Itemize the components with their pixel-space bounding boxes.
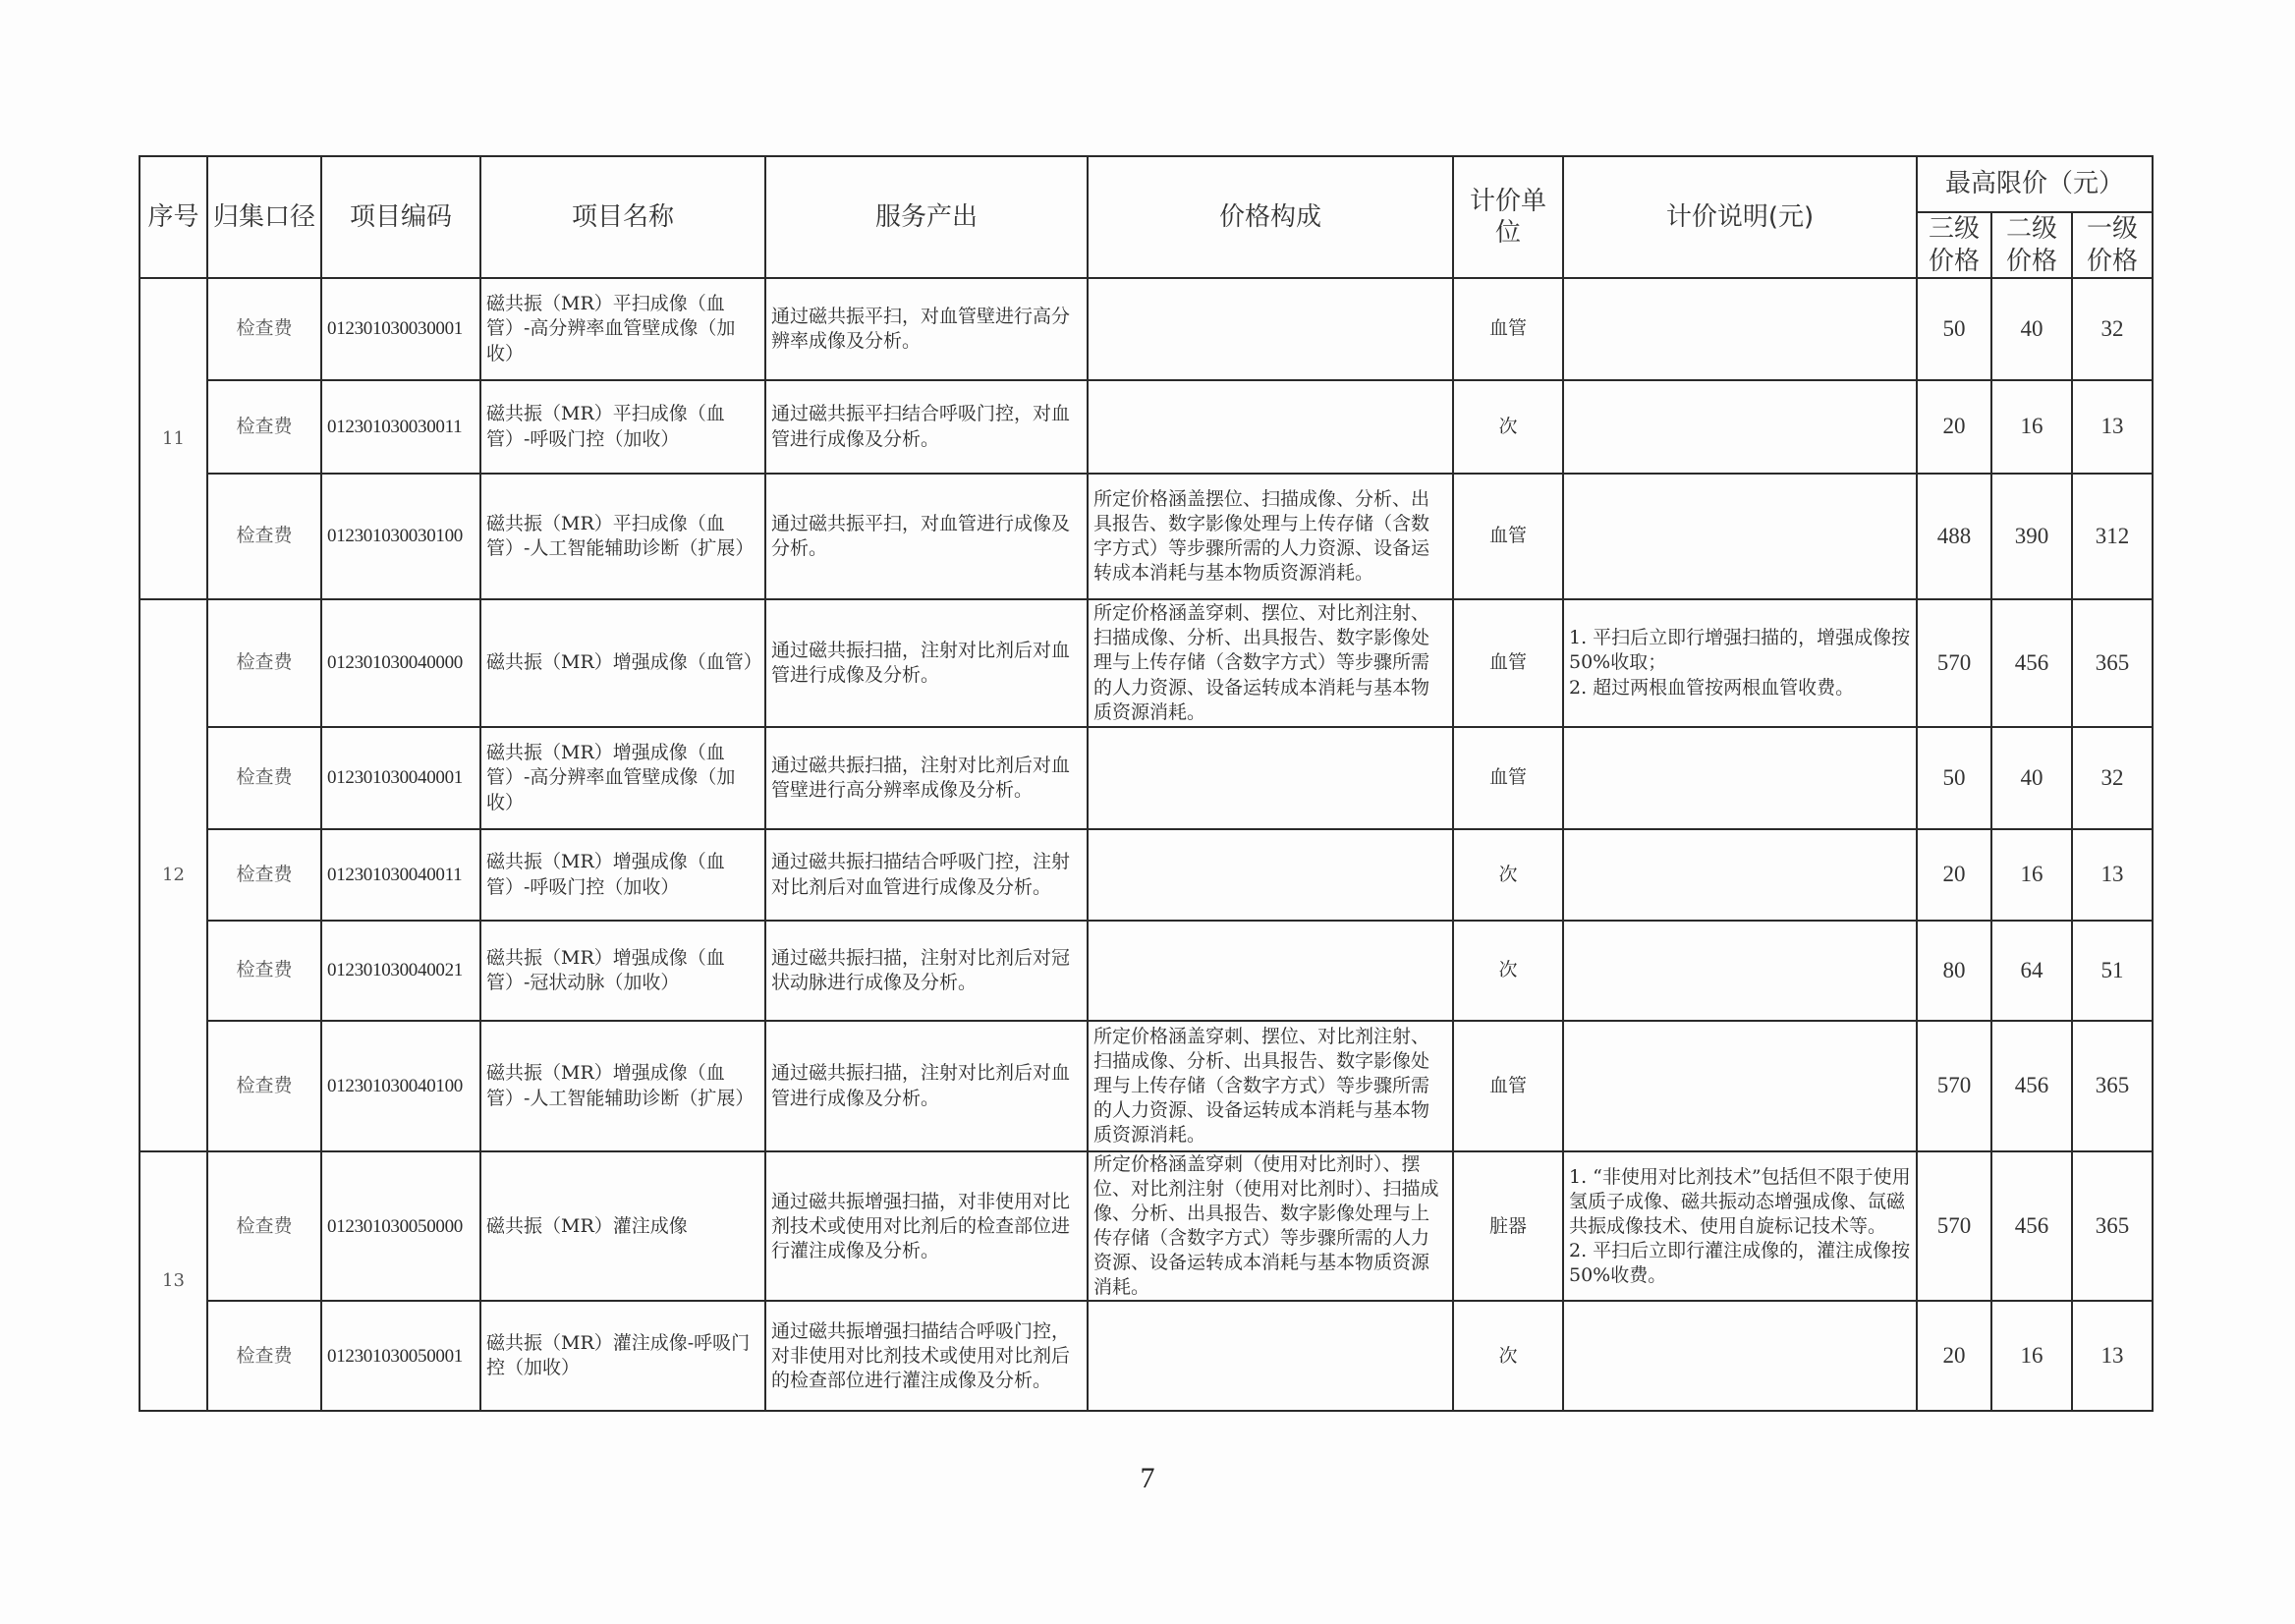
- cell-category: 检查费: [207, 1021, 321, 1151]
- cell-service: 通过磁共振增强扫描结合呼吸门控，对非使用对比剂技术或使用对比剂后的检查部位进行灌…: [765, 1301, 1088, 1411]
- cell-note: [1563, 727, 1917, 829]
- cell-service: 通过磁共振增强扫描，对非使用对比剂技术或使用对比剂后的检查部位进行灌注成像及分析…: [765, 1151, 1088, 1301]
- cell-note: [1563, 278, 1917, 380]
- cell-note: [1563, 474, 1917, 599]
- cell-service: 通过磁共振扫描，注射对比剂后对血管进行成像及分析。: [765, 1021, 1088, 1151]
- cell-unit: 血管: [1453, 278, 1563, 380]
- cell-category: 检查费: [207, 1151, 321, 1301]
- table-row: 检查费012301030040021磁共振（MR）增强成像（血管）-冠状动脉（加…: [140, 921, 2153, 1021]
- cell-service: 通过磁共振平扫，对血管壁进行高分辨率成像及分析。: [765, 278, 1088, 380]
- cell-name: 磁共振（MR）灌注成像-呼吸门控（加收）: [480, 1301, 765, 1411]
- cell-code: 012301030040000: [321, 599, 480, 727]
- cell-level1-price: 13: [2072, 1301, 2153, 1411]
- cell-level1-price: 32: [2072, 278, 2153, 380]
- cell-code: 012301030040021: [321, 921, 480, 1021]
- header-row: 序号 归集口径 项目编码 项目名称 服务产出 价格构成 计价单位 计价说明(元)…: [140, 156, 2153, 212]
- document-page: 序号 归集口径 项目编码 项目名称 服务产出 价格构成 计价单位 计价说明(元)…: [0, 0, 2295, 1624]
- cell-level3-price: 80: [1917, 921, 1991, 1021]
- cell-level1-price: 365: [2072, 599, 2153, 727]
- table-row: 检查费012301030040011磁共振（MR）增强成像（血管）-呼吸门控（加…: [140, 829, 2153, 921]
- cell-category: 检查费: [207, 599, 321, 727]
- table-row: 13检查费012301030050000磁共振（MR）灌注成像通过磁共振增强扫描…: [140, 1151, 2153, 1301]
- table-row: 检查费012301030030100磁共振（MR）平扫成像（血管）-人工智能辅助…: [140, 474, 2153, 599]
- cell-seq: 13: [140, 1151, 207, 1411]
- header-seq: 序号: [140, 156, 207, 278]
- cell-level2-price: 456: [1991, 1021, 2072, 1151]
- header-level1-price: 一级 价格: [2072, 212, 2153, 278]
- cell-service: 通过磁共振扫描，注射对比剂后对血管壁进行高分辨率成像及分析。: [765, 727, 1088, 829]
- cell-note: [1563, 921, 1917, 1021]
- cell-name: 磁共振（MR）增强成像（血管）-人工智能辅助诊断（扩展）: [480, 1021, 765, 1151]
- cell-service: 通过磁共振平扫结合呼吸门控，对血管进行成像及分析。: [765, 380, 1088, 474]
- cell-code: 012301030040100: [321, 1021, 480, 1151]
- cell-unit: 血管: [1453, 727, 1563, 829]
- cell-unit: 次: [1453, 921, 1563, 1021]
- cell-level2-price: 40: [1991, 727, 2072, 829]
- header-code: 项目编码: [321, 156, 480, 278]
- cell-level1-price: 365: [2072, 1021, 2153, 1151]
- cell-level3-price: 50: [1917, 727, 1991, 829]
- table-row: 检查费012301030050001磁共振（MR）灌注成像-呼吸门控（加收）通过…: [140, 1301, 2153, 1411]
- cell-level2-price: 64: [1991, 921, 2072, 1021]
- cell-level3-price: 20: [1917, 1301, 1991, 1411]
- cell-name: 磁共振（MR）增强成像（血管）-高分辨率血管壁成像（加收）: [480, 727, 765, 829]
- cell-code: 012301030040001: [321, 727, 480, 829]
- cell-level3-price: 570: [1917, 599, 1991, 727]
- table-row: 12检查费012301030040000磁共振（MR）增强成像（血管）通过磁共振…: [140, 599, 2153, 727]
- cell-level1-price: 51: [2072, 921, 2153, 1021]
- cell-note: 1. 平扫后立即行增强扫描的，增强成像按50%收取； 2. 超过两根血管按两根血…: [1563, 599, 1917, 727]
- page-number: 7: [0, 1462, 2295, 1495]
- cell-composition: 所定价格涵盖穿刺、摆位、对比剂注射、扫描成像、分析、出具报告、数字影像处理与上传…: [1088, 1021, 1453, 1151]
- cell-code: 012301030040011: [321, 829, 480, 921]
- cell-level1-price: 13: [2072, 829, 2153, 921]
- cell-level2-price: 390: [1991, 474, 2072, 599]
- cell-unit: 血管: [1453, 599, 1563, 727]
- cell-code: 012301030050000: [321, 1151, 480, 1301]
- table-row: 11检查费012301030030001磁共振（MR）平扫成像（血管）-高分辨率…: [140, 278, 2153, 380]
- cell-name: 磁共振（MR）增强成像（血管）-冠状动脉（加收）: [480, 921, 765, 1021]
- cell-unit: 次: [1453, 380, 1563, 474]
- cell-note: [1563, 1021, 1917, 1151]
- cell-level2-price: 456: [1991, 1151, 2072, 1301]
- cell-composition: 所定价格涵盖摆位、扫描成像、分析、出具报告、数字影像处理与上传存储（含数字方式）…: [1088, 474, 1453, 599]
- cell-level3-price: 570: [1917, 1151, 1991, 1301]
- cell-level2-price: 456: [1991, 599, 2072, 727]
- cell-level1-price: 312: [2072, 474, 2153, 599]
- cell-unit: 脏器: [1453, 1151, 1563, 1301]
- cell-category: 检查费: [207, 921, 321, 1021]
- cell-code: 012301030030011: [321, 380, 480, 474]
- cell-note: [1563, 380, 1917, 474]
- cell-composition: [1088, 829, 1453, 921]
- cell-name: 磁共振（MR）平扫成像（血管）-呼吸门控（加收）: [480, 380, 765, 474]
- cell-name: 磁共振（MR）平扫成像（血管）-人工智能辅助诊断（扩展）: [480, 474, 765, 599]
- cell-category: 检查费: [207, 474, 321, 599]
- header-category: 归集口径: [207, 156, 321, 278]
- cell-composition: [1088, 1301, 1453, 1411]
- header-note: 计价说明(元): [1563, 156, 1917, 278]
- cell-level2-price: 16: [1991, 829, 2072, 921]
- cell-note: [1563, 1301, 1917, 1411]
- cell-name: 磁共振（MR）增强成像（血管）-呼吸门控（加收）: [480, 829, 765, 921]
- cell-code: 012301030030100: [321, 474, 480, 599]
- table-row: 检查费012301030030011磁共振（MR）平扫成像（血管）-呼吸门控（加…: [140, 380, 2153, 474]
- cell-level3-price: 570: [1917, 1021, 1991, 1151]
- cell-level1-price: 365: [2072, 1151, 2153, 1301]
- cell-level1-price: 32: [2072, 727, 2153, 829]
- cell-category: 检查费: [207, 278, 321, 380]
- cell-level2-price: 16: [1991, 380, 2072, 474]
- cell-note: [1563, 829, 1917, 921]
- cell-service: 通过磁共振扫描，注射对比剂后对冠状动脉进行成像及分析。: [765, 921, 1088, 1021]
- cell-level3-price: 20: [1917, 380, 1991, 474]
- cell-unit: 血管: [1453, 1021, 1563, 1151]
- cell-level1-price: 13: [2072, 380, 2153, 474]
- table-body: 11检查费012301030030001磁共振（MR）平扫成像（血管）-高分辨率…: [140, 278, 2153, 1411]
- cell-unit: 血管: [1453, 474, 1563, 599]
- cell-service: 通过磁共振扫描结合呼吸门控，注射对比剂后对血管进行成像及分析。: [765, 829, 1088, 921]
- cell-composition: [1088, 380, 1453, 474]
- table-row: 检查费012301030040100磁共振（MR）增强成像（血管）-人工智能辅助…: [140, 1021, 2153, 1151]
- header-max-price: 最高限价（元）: [1917, 156, 2153, 212]
- cell-note: 1. “非使用对比剂技术”包括但不限于使用氢质子成像、磁共振动态增强成像、氙磁共…: [1563, 1151, 1917, 1301]
- header-service: 服务产出: [765, 156, 1088, 278]
- cell-level3-price: 20: [1917, 829, 1991, 921]
- cell-service: 通过磁共振平扫，对血管进行成像及分析。: [765, 474, 1088, 599]
- table-row: 检查费012301030040001磁共振（MR）增强成像（血管）-高分辨率血管…: [140, 727, 2153, 829]
- cell-seq: 12: [140, 599, 207, 1151]
- cell-level3-price: 50: [1917, 278, 1991, 380]
- cell-composition: 所定价格涵盖穿刺（使用对比剂时）、摆位、对比剂注射（使用对比剂时）、扫描成像、分…: [1088, 1151, 1453, 1301]
- cell-composition: [1088, 921, 1453, 1021]
- cell-composition: [1088, 727, 1453, 829]
- cell-seq: 11: [140, 278, 207, 599]
- cell-level3-price: 488: [1917, 474, 1991, 599]
- cell-composition: 所定价格涵盖穿刺、摆位、对比剂注射、扫描成像、分析、出具报告、数字影像处理与上传…: [1088, 599, 1453, 727]
- cell-unit: 次: [1453, 1301, 1563, 1411]
- cell-level2-price: 40: [1991, 278, 2072, 380]
- price-table: 序号 归集口径 项目编码 项目名称 服务产出 价格构成 计价单位 计价说明(元)…: [139, 155, 2154, 1412]
- cell-name: 磁共振（MR）增强成像（血管）: [480, 599, 765, 727]
- cell-code: 012301030050001: [321, 1301, 480, 1411]
- cell-unit: 次: [1453, 829, 1563, 921]
- cell-name: 磁共振（MR）平扫成像（血管）-高分辨率血管壁成像（加收）: [480, 278, 765, 380]
- header-level2-price: 二级 价格: [1991, 212, 2072, 278]
- cell-category: 检查费: [207, 727, 321, 829]
- cell-category: 检查费: [207, 380, 321, 474]
- cell-level2-price: 16: [1991, 1301, 2072, 1411]
- cell-category: 检查费: [207, 1301, 321, 1411]
- cell-code: 012301030030001: [321, 278, 480, 380]
- header-composition: 价格构成: [1088, 156, 1453, 278]
- cell-name: 磁共振（MR）灌注成像: [480, 1151, 765, 1301]
- header-level3-price: 三级 价格: [1917, 212, 1991, 278]
- header-name: 项目名称: [480, 156, 765, 278]
- cell-composition: [1088, 278, 1453, 380]
- header-unit: 计价单位: [1453, 156, 1563, 278]
- cell-category: 检查费: [207, 829, 321, 921]
- cell-service: 通过磁共振扫描，注射对比剂后对血管进行成像及分析。: [765, 599, 1088, 727]
